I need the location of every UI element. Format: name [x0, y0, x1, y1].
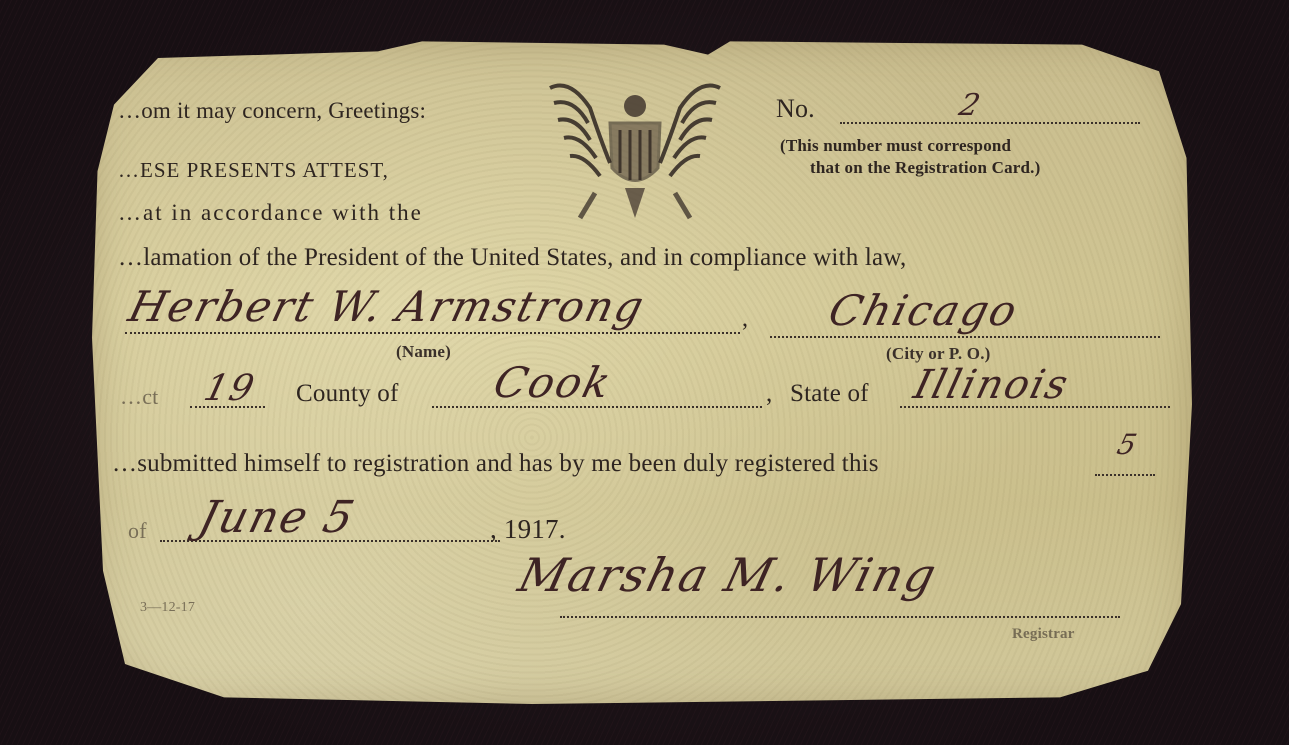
- eagle-seal-icon: [540, 68, 730, 228]
- year-text: , 1917.: [490, 514, 566, 545]
- accordance-text: …at in accordance with the: [118, 200, 423, 226]
- precinct-line: [190, 406, 265, 408]
- name-line: [125, 332, 740, 334]
- registrar-signature: Marsha M. Wing: [513, 548, 943, 602]
- number-line: [840, 122, 1140, 124]
- state-handwritten: Illinois: [909, 362, 1074, 408]
- county-label: County of: [296, 380, 399, 408]
- number-note-line1: (This number must correspond: [780, 136, 1011, 156]
- registrar-line: [560, 616, 1120, 618]
- proclamation-text: …lamation of the President of the United…: [118, 244, 906, 272]
- name-label: (Name): [396, 342, 451, 362]
- city-handwritten: Chicago: [824, 286, 1024, 335]
- county-comma: ,: [766, 380, 772, 408]
- precinct-value: 19: [200, 368, 260, 409]
- attest-text: …ESE PRESENTS ATTEST,: [118, 158, 389, 183]
- name-handwritten: Herbert W. Armstrong: [124, 282, 650, 331]
- number-label: No.: [776, 94, 815, 124]
- state-label: State of: [790, 380, 869, 408]
- name-comma: ,: [742, 306, 748, 333]
- registrar-label: Registrar: [1012, 626, 1075, 643]
- city-line: [770, 336, 1160, 338]
- number-note-line2: that on the Registration Card.): [810, 158, 1041, 178]
- photo-background: …om it may concern, Greetings: …ESE PRES…: [0, 0, 1289, 745]
- day-line: [1095, 474, 1155, 476]
- form-code: 3—12-17: [140, 600, 195, 616]
- precinct-prefix: …ct: [120, 384, 158, 410]
- submitted-text: …submitted himself to registration and h…: [112, 450, 879, 478]
- month-handwritten: June 5: [194, 492, 361, 543]
- of-label: of: [128, 518, 147, 544]
- city-label: (City or P. O.): [886, 344, 991, 364]
- greeting-text: …om it may concern, Greetings:: [118, 98, 426, 124]
- county-handwritten: Cook: [489, 358, 617, 407]
